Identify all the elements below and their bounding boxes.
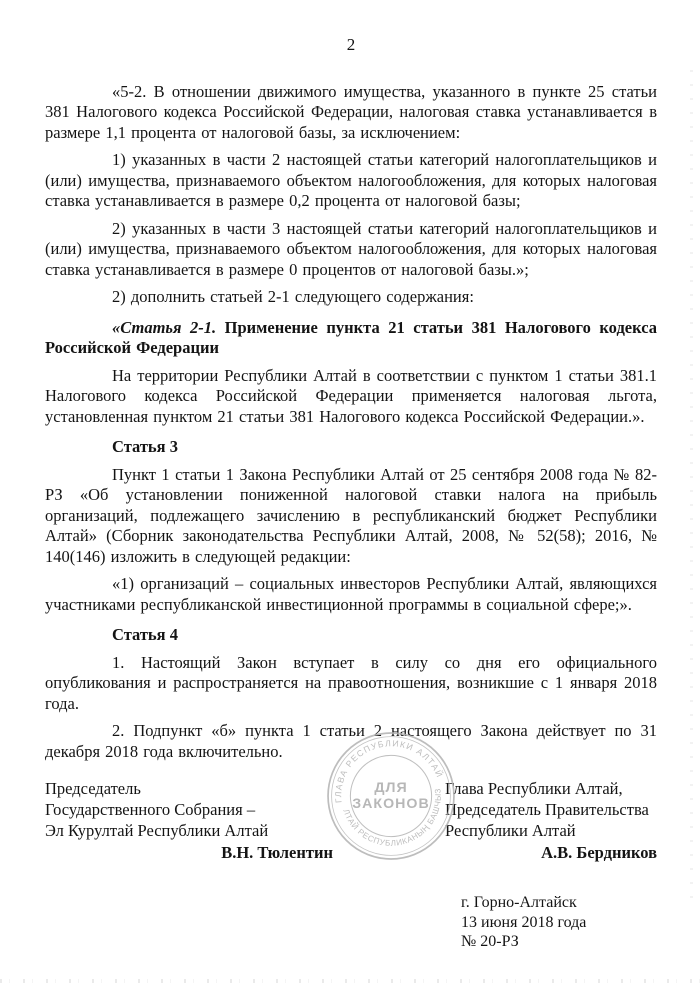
stamp-center-line2: ЗАКОНОВ <box>352 796 430 812</box>
issuance-number: № 20-РЗ <box>461 932 657 952</box>
paragraph-investors: «1) организаций – социальных инвесторов … <box>45 574 657 615</box>
paragraph-add-article: 2) дополнить статьей 2-1 следующего соде… <box>45 287 657 308</box>
stamp-center-line1: ДЛЯ <box>374 780 407 796</box>
scan-artifact-right <box>690 70 693 910</box>
issuance-date: 13 июня 2018 года <box>461 913 657 933</box>
signature-left-line: Государственного Собрания – <box>45 799 333 820</box>
signature-area: Председатель Государственного Собрания –… <box>45 778 657 863</box>
paragraph-subitem-2: 2) указанных в части 3 настоящей статьи … <box>45 219 657 281</box>
signature-right: Глава Республики Алтай, Председатель Пра… <box>445 778 657 863</box>
signature-right-line: Председатель Правительства <box>445 799 657 820</box>
issuance-block: г. Горно-Алтайск 13 июня 2018 года № 20-… <box>461 893 657 952</box>
signature-left-line: Эл Курултай Республики Алтай <box>45 820 333 841</box>
paragraph-5-2: «5-2. В отношении движимого имущества, у… <box>45 82 657 144</box>
article-2-1-label: «Статья 2-1. <box>112 318 216 337</box>
signature-right-name: А.В. Бердников <box>445 842 657 863</box>
article-3-heading: Статья 3 <box>45 437 657 458</box>
document-page: 2 «5-2. В отношении движимого имущества,… <box>0 0 700 991</box>
signature-left-name: В.Н. Тюлентин <box>45 842 333 863</box>
paragraph-territory: На территории Республики Алтай в соответ… <box>45 366 657 428</box>
paragraph-subitem-1: 1) указанных в части 2 настоящей статьи … <box>45 150 657 212</box>
signature-right-line: Республики Алтай <box>445 820 657 841</box>
signature-right-line: Глава Республики Алтай, <box>445 778 657 799</box>
official-stamp-for-laws: • ГЛАВА РЕСПУБЛИКИ АЛТАЙ • АЛТАЙ РЕСПУБЛ… <box>325 730 457 862</box>
issuance-city: г. Горно-Алтайск <box>461 893 657 913</box>
paragraph-article-4-1: 1. Настоящий Закон вступает в силу со дн… <box>45 653 657 715</box>
signature-left: Председатель Государственного Собрания –… <box>45 778 333 863</box>
signature-left-line: Председатель <box>45 778 333 799</box>
page-number: 2 <box>45 35 657 56</box>
paragraph-article-3: Пункт 1 статьи 1 Закона Республики Алтай… <box>45 465 657 568</box>
article-2-1-heading: «Статья 2-1. Применение пункта 21 статьи… <box>45 318 657 359</box>
article-4-heading: Статья 4 <box>45 625 657 646</box>
scan-artifact-bottom <box>0 979 700 983</box>
